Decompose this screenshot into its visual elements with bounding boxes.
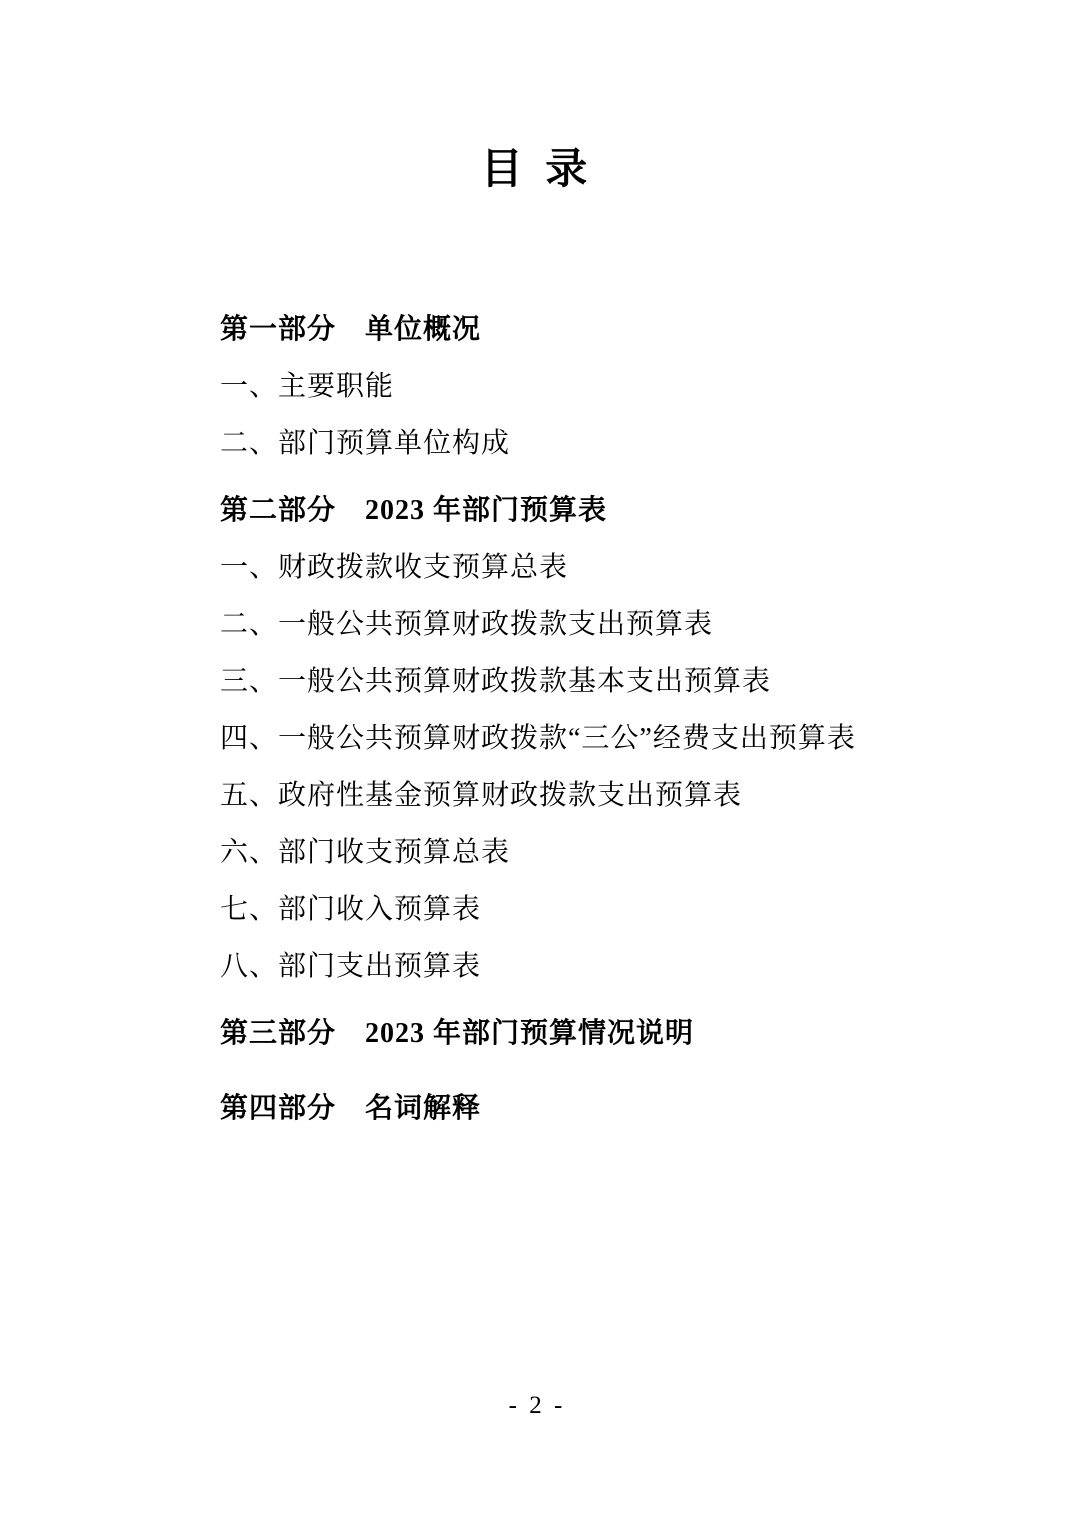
document-page: 目 录 第一部分 单位概况 一、主要职能 二、部门预算单位构成 第二部分 202… [0,0,1074,1520]
toc-item-general-public-budget-basic-expenditure-table: 三、一般公共预算财政拨款基本支出预算表 [220,667,771,697]
toc-heading-part-2: 第二部分 2023 年部门预算表 [220,496,607,526]
toc-heading-part-3: 第三部分 2023 年部门预算情况说明 [220,1019,694,1049]
toc-item-main-functions: 一、主要职能 [220,372,394,402]
toc-item-general-public-budget-expenditure-table: 二、一般公共预算财政拨款支出预算表 [220,610,713,640]
toc-item-budget-unit-composition: 二、部门预算单位构成 [220,429,510,459]
toc-item-department-revenue-table: 七、部门收入预算表 [220,895,481,925]
toc-item-department-revenue-expenditure-summary-table: 六、部门收支预算总表 [220,838,510,868]
toc-item-fiscal-appropriation-summary-table: 一、财政拨款收支预算总表 [220,553,568,583]
toc-heading-part-1: 第一部分 单位概况 [220,315,481,345]
table-of-contents: 第一部分 单位概况 一、主要职能 二、部门预算单位构成 第二部分 2023 年部… [220,315,856,1151]
page-number: - 2 - [0,1392,1074,1420]
toc-item-three-public-funds-expenditure-table: 四、一般公共预算财政拨款“三公”经费支出预算表 [220,724,856,754]
toc-item-government-fund-budget-expenditure-table: 五、政府性基金预算财政拨款支出预算表 [220,781,742,811]
toc-heading-part-4: 第四部分 名词解释 [220,1094,481,1124]
page-title: 目 录 [0,146,1074,194]
toc-item-department-expenditure-table: 八、部门支出预算表 [220,952,481,982]
